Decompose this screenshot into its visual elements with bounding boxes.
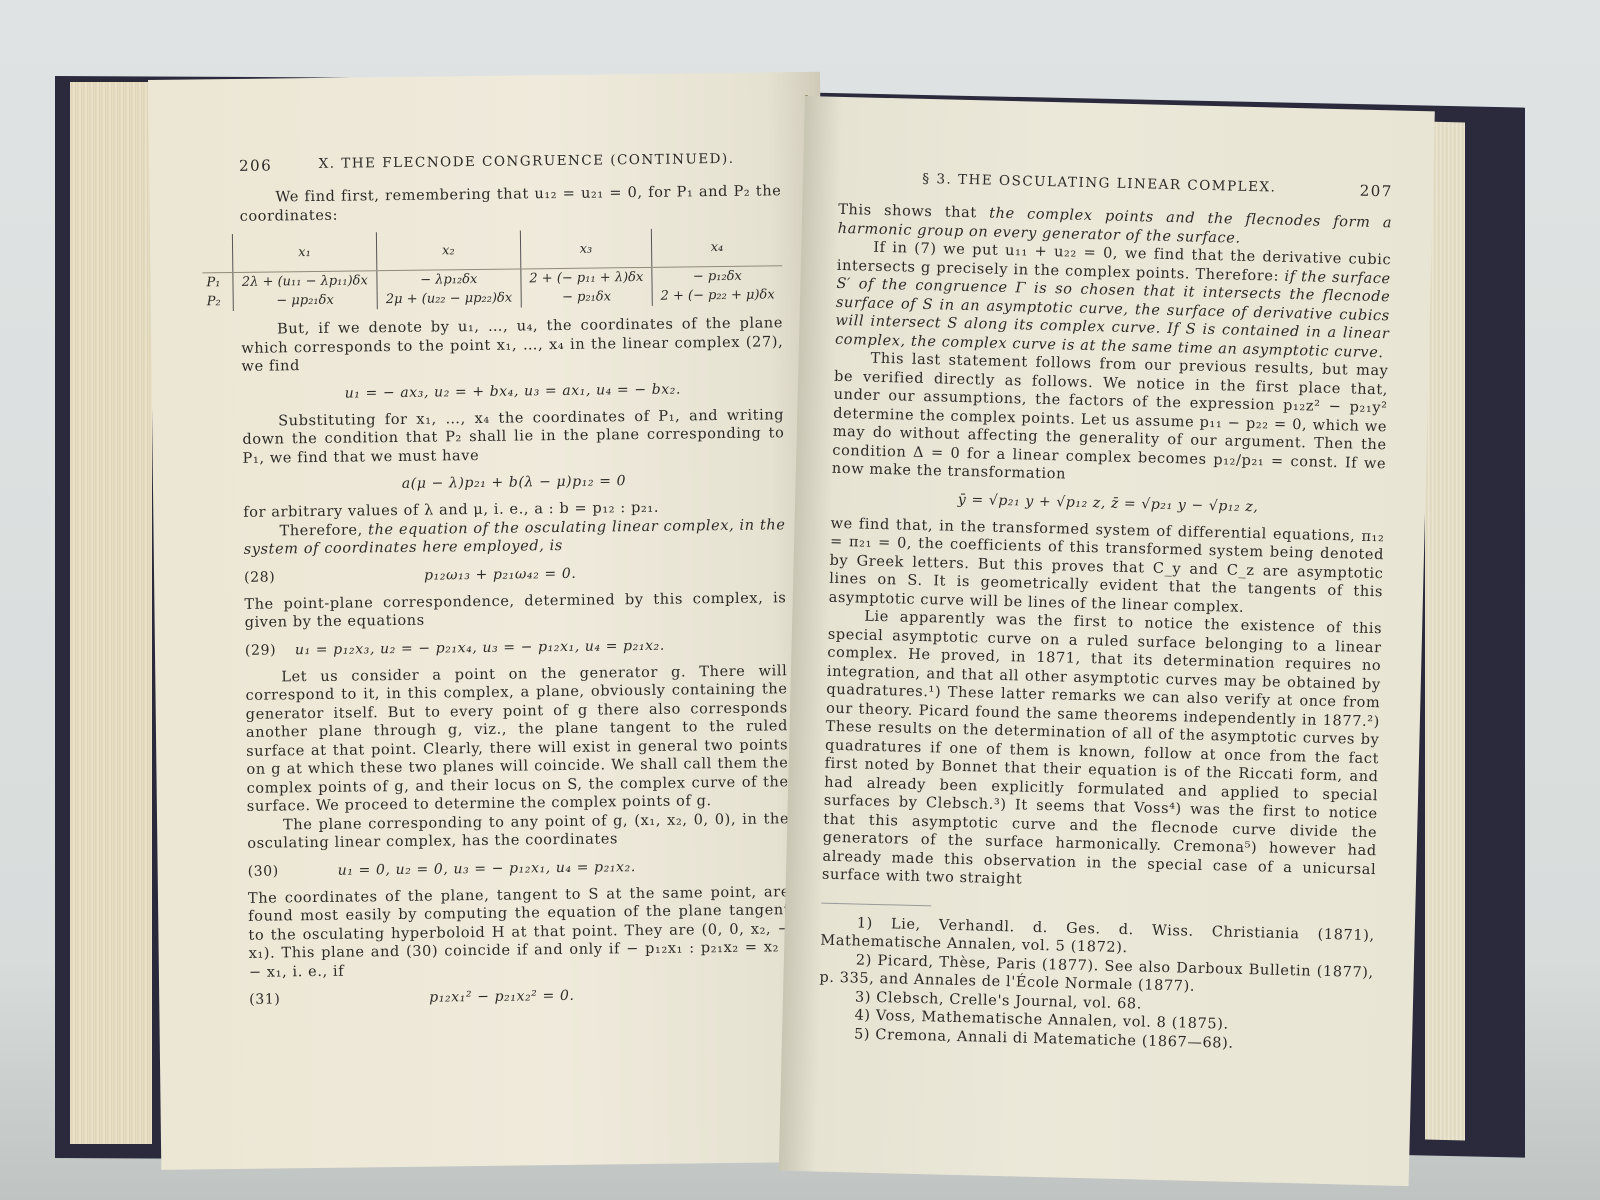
table-cell: − λp₁₂δx	[377, 269, 521, 290]
table-cell: − p₂₁δx	[521, 287, 652, 308]
right-page: § 3. THE OSCULATING LINEAR COMPLEX. 207 …	[779, 96, 1435, 1186]
footnote-rule	[821, 902, 931, 906]
table-cell: − μp₂₁δx	[233, 290, 377, 311]
equation-number: (29)	[245, 640, 295, 661]
paragraph: This last statement follows from our pre…	[832, 349, 1389, 492]
row-label: P₁	[202, 272, 233, 292]
table-header: x₂	[376, 230, 521, 270]
table-header: x₄	[651, 227, 782, 267]
right-running-header: § 3. THE OSCULATING LINEAR COMPLEX. 207	[839, 169, 1393, 201]
table-header: x₃	[520, 229, 651, 269]
paragraph: If in (7) we put u₁₁ + u₂₂ = 0, we find …	[835, 238, 1392, 363]
page-edges-right	[1425, 121, 1465, 1140]
left-page: 206 X. THE FLECNODE CONGRUENCE (CONTINUE…	[148, 72, 833, 1170]
equation-31: (31) p₁₂x₁² − p₂₁x₂² = 0.	[249, 983, 791, 1010]
table-cell: 2λ + (u₁₁ − λp₁₁)δx	[233, 271, 377, 292]
left-running-header: 206 X. THE FLECNODE CONGRUENCE (CONTINUE…	[239, 150, 781, 175]
equation: u₁ = − ax₃, u₂ = + bx₄, u₃ = ax₁, u₄ = −…	[242, 378, 784, 405]
running-head-right: § 3. THE OSCULATING LINEAR COMPLEX.	[839, 169, 1360, 200]
footnotes: 1) Lie, Verhandl. d. Ges. d. Wiss. Chris…	[818, 913, 1375, 1056]
row-label: P₂	[203, 292, 234, 311]
paragraph: Lie apparently was the first to notice t…	[822, 607, 1383, 898]
page-number-right: 207	[1359, 182, 1393, 201]
equation-transformation: ȳ = √p₂₁ y + √p₁₂ z, z̄ = √p₂₁ y − √p₁₂ …	[831, 486, 1385, 520]
paragraph: But, if we denote by u₁, …, u₄, the coor…	[241, 314, 784, 376]
paragraph: Substituting for x₁, …, x₄ the coordinat…	[242, 406, 785, 468]
paragraph: The plane corresponding to any point of …	[247, 810, 789, 854]
equation: a(μ − λ)p₂₁ + b(λ − μ)p₁₂ = 0	[243, 469, 785, 496]
table-corner	[202, 234, 233, 273]
paragraph: The coordinates of the plane, tangent to…	[248, 883, 791, 982]
paragraph: Let us consider a point on the generator…	[245, 662, 789, 817]
table-cell: 2μ + (u₂₂ − μp₂₂)δx	[377, 288, 521, 309]
coordinates-table: x₁ x₂ x₃ x₄ P₁ 2λ + (u₁₁ − λp₁₁)δx − λp₁…	[202, 227, 783, 311]
paragraph: we find that, in the transformed system …	[829, 514, 1385, 620]
equation-28: (28) p₁₂ω₁₃ + p₂₁ω₄₂ = 0.	[244, 561, 786, 588]
page-number-left: 206	[239, 156, 272, 174]
table-cell: 2 + (− p₁₁ + λ)δx	[521, 267, 652, 288]
equation-number: (31)	[249, 988, 359, 1009]
equation-number: (30)	[248, 860, 338, 881]
running-head-left: X. THE FLECNODE CONGRUENCE (CONTINUED).	[272, 150, 781, 174]
paragraph: The point-plane correspondence, determin…	[244, 589, 786, 633]
paragraph: Therefore, the equation of the osculatin…	[243, 516, 785, 560]
table-cell: − p₁₂δx	[652, 266, 783, 287]
paragraph: We find first, remembering that u₁₂ = u₂…	[239, 182, 781, 226]
table-cell: 2 + (− p₂₂ + μ)δx	[652, 285, 783, 306]
equation-29: (29) u₁ = p₁₂x₃, u₂ = − p₂₁x₄, u₃ = − p₁…	[245, 634, 787, 661]
page-edges-left	[70, 82, 152, 1144]
table-header: x₁	[232, 232, 376, 272]
equation-30: (30) u₁ = 0, u₂ = 0, u₃ = − p₁₂x₁, u₄ = …	[248, 855, 790, 882]
equation-number: (28)	[244, 566, 354, 587]
